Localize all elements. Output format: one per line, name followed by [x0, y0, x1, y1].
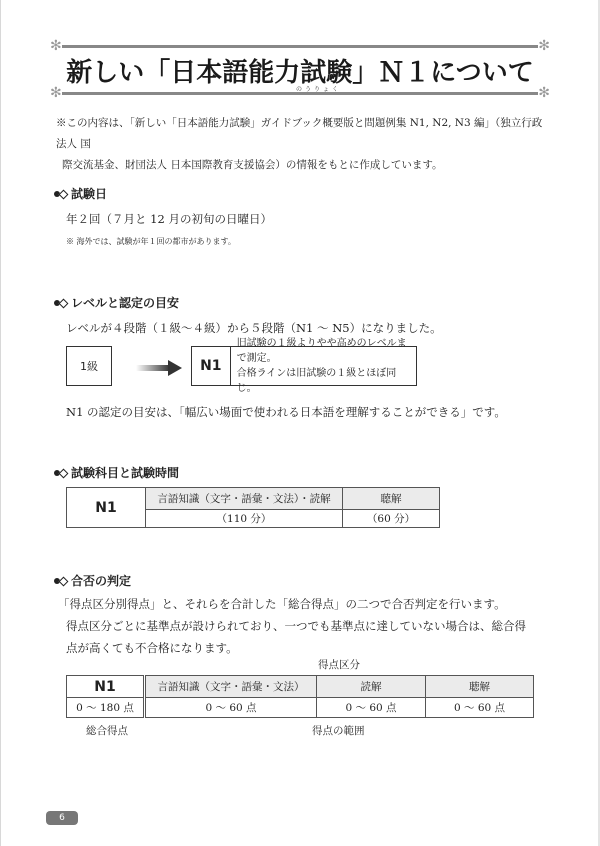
caption-score-range: 得点の範囲 — [312, 723, 365, 738]
intro-note-line: 際交流基金、財団法人 日本国際教育支援協会）の情報をもとに作成しています。 — [56, 155, 546, 176]
score-range-cell: 0 ～ 60 点 — [426, 698, 534, 718]
score-table: N1 言語知識（文字・語彙・文法） 読解 聴解 0 ～ 180 点 0 ～ 60… — [66, 675, 534, 718]
section-heading-subjects: 試験科目と試験時間 — [54, 464, 179, 481]
bullet-icon — [54, 190, 68, 198]
asterisk-icon: ✻ — [538, 39, 550, 53]
heading-label: レベルと認定の目安 — [71, 294, 179, 311]
score-level-cell: N1 — [67, 676, 145, 698]
subjects-level-cell: N1 — [67, 488, 146, 528]
page-number: 6 — [46, 811, 78, 825]
caption-total-score: 総合得点 — [86, 723, 128, 738]
title-ruby: のうりょく — [296, 84, 341, 93]
new-level-label: N1 — [192, 347, 231, 385]
bullet-icon — [54, 299, 68, 307]
heading-label: 合否の判定 — [71, 572, 131, 589]
judgement-line: 「得点区分別得点」と、それらを合計した「総合得点」の二つで合否判定を行います。 — [58, 596, 506, 612]
judgement-line: 点が高くても不合格になります。 — [66, 640, 238, 656]
old-level-box: 1級 — [66, 346, 112, 386]
arrow-right-icon — [136, 360, 184, 376]
level-text: レベルが４段階（１級～４級）から５段階（N1 ～ N5）になりました。 — [66, 320, 442, 336]
page-edge — [0, 0, 1, 846]
total-range-cell: 0 ～ 180 点 — [67, 698, 145, 718]
caption-score-section: 得点区分 — [318, 657, 360, 672]
section-heading-level: レベルと認定の目安 — [54, 294, 179, 311]
score-header-cell: 言語知識（文字・語彙・文法） — [145, 676, 317, 698]
section-heading-judgement: 合否の判定 — [54, 572, 131, 589]
score-range-cell: 0 ～ 60 点 — [317, 698, 426, 718]
subject-time-cell: （110 分） — [146, 510, 343, 528]
bullet-icon — [54, 577, 68, 585]
bullet-icon — [54, 469, 68, 477]
title-banner: ✻ ✻ ✻ ✻ 新しい「日本語能力試験」Ｎ１について のうりょく — [50, 38, 550, 100]
subject-header-cell: 言語知識（文字・語彙・文法）・読解 — [146, 488, 343, 510]
new-level-box: N1 旧試験の１級よりやや高めのレベルまで測定。 合格ラインは旧試験の１級とほぼ… — [191, 346, 417, 386]
score-range-cell: 0 ～ 60 点 — [145, 698, 317, 718]
new-level-description: 旧試験の１級よりやや高めのレベルまで測定。 合格ラインは旧試験の１級とほぼ同じ。 — [231, 336, 416, 396]
desc-line: 合格ラインは旧試験の１級とほぼ同じ。 — [237, 366, 416, 396]
score-header-cell: 聴解 — [426, 676, 534, 698]
asterisk-icon: ✻ — [50, 39, 62, 53]
intro-note-line: ※この内容は、「新しい「日本語能力試験」ガイドブック概要版と問題例集 N1, N… — [56, 113, 546, 155]
heading-label: 試験科目と試験時間 — [71, 464, 179, 481]
level-summary: N1 の認定の目安は、「幅広い場面で使われる日本語を理解することができる」です。 — [66, 404, 506, 420]
schedule-note: ※ 海外では、試験が年１回の都市があります。 — [66, 236, 236, 247]
judgement-line: 得点区分ごとに基準点が設けられており、一つでも基準点に達していない場合は、総合得 — [66, 618, 526, 634]
heading-label: 試験日 — [71, 185, 107, 202]
desc-line: 旧試験の１級よりやや高めのレベルまで測定。 — [237, 336, 416, 366]
title-rule-top — [62, 45, 538, 48]
intro-note: ※この内容は、「新しい「日本語能力試験」ガイドブック概要版と問題例集 N1, N… — [56, 113, 546, 176]
subjects-table: N1 言語知識（文字・語彙・文法）・読解 聴解 （110 分） （60 分） — [66, 487, 440, 528]
section-heading-schedule: 試験日 — [54, 185, 107, 202]
score-header-cell: 読解 — [317, 676, 426, 698]
subject-time-cell: （60 分） — [343, 510, 440, 528]
schedule-text: 年２回（７月と 12 月の初旬の日曜日） — [66, 211, 272, 227]
subject-header-cell: 聴解 — [343, 488, 440, 510]
